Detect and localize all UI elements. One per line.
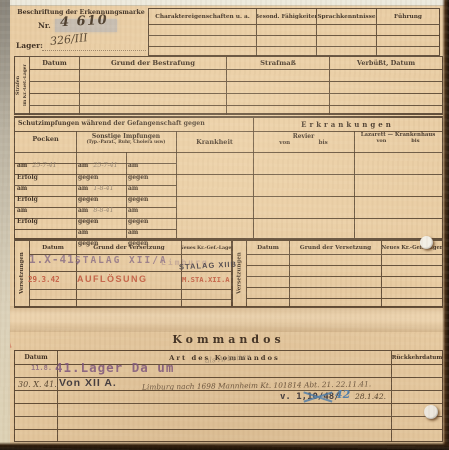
transfers-empty-row	[246, 298, 442, 307]
side-label-line: Strafen	[15, 57, 22, 113]
col-header: Grund der Bestrafung	[79, 57, 226, 69]
transfers-empty-row	[29, 299, 231, 307]
scan-edge-top	[0, 0, 449, 6]
traits-table: Charaktereigenschaften u. a. Besond. Fäh…	[148, 8, 440, 56]
col-header: Lazarett — Krankenhaus	[354, 132, 442, 138]
mstalag-xiia-stamp: M.STA.XII.A	[182, 275, 230, 284]
von-label: von	[279, 140, 290, 146]
traits-header-row: Charaktereigenschaften u. a. Besond. Fäh…	[149, 9, 439, 24]
stalag-xiia-stamp: STALAG XII/A	[75, 255, 168, 266]
id-box: Beschriftung der Erkennungsmarke Nr. 4 6…	[14, 8, 148, 54]
rule	[176, 196, 442, 197]
punishments-empty-row	[29, 69, 442, 81]
kommandos-row	[15, 416, 442, 429]
col-header-sonstige: Sonstige Impfungen (Typ.-Parat., Ruhr, C…	[76, 133, 176, 145]
vacc-row: am am	[15, 218, 176, 229]
transfers-header-row: Datum Grund der Versetzung Neues Kr.-Gef…	[246, 241, 442, 254]
dotted-rule	[42, 50, 146, 51]
nr-label: Nr.	[38, 21, 51, 30]
transfers-empty-row	[246, 254, 442, 265]
vacc-row: Erfolg gegen gegen	[15, 207, 176, 218]
col-header-revier: Revier von bis	[253, 133, 354, 146]
nr-value-handwritten: 4 610	[60, 13, 109, 31]
col-header: Datum	[15, 351, 57, 364]
kommandos-row	[15, 429, 442, 442]
col-header: Neues Kr.-Gef.-Lager	[181, 241, 231, 254]
vacc-row: am am 8-8-41 am	[15, 196, 176, 207]
punishments-empty-row	[29, 105, 442, 115]
transfers-grid: Datum Grund der Versetzung Neues Kr.-Gef…	[246, 241, 442, 306]
traits-header: Sprachkenntnisse	[316, 9, 376, 24]
traits-empty-row	[149, 24, 439, 35]
col-header: Strafmaß	[226, 57, 329, 69]
punishments-empty-row	[29, 81, 442, 93]
punishments-header-row: Datum Grund der Bestrafung Strafmaß Verb…	[29, 57, 442, 69]
vaccinations-illnesses-table: Schutzimpfungen während der Gefangenscha…	[14, 116, 443, 240]
kommando-stamp-date: 11.8.	[31, 364, 52, 372]
kommandos-row	[15, 403, 442, 416]
vacc-row: am am 1-8-41 am	[15, 174, 176, 185]
vacc-row: gegen gegen	[15, 229, 176, 240]
bis-label: bis	[411, 138, 419, 144]
von-xiia-stamp: Von XII A.	[59, 377, 117, 389]
red-pen-mark	[6, 337, 11, 348]
col-header-krankheit: Krankheit	[176, 138, 253, 146]
transfers-side-label: Versetzungen	[233, 241, 246, 306]
traits-header: Charaktereigenschaften u. a.	[149, 9, 256, 24]
vaccination-rows: am 25-7-41 am 25-7-41 am Erfolg gegen ge…	[15, 152, 176, 240]
col-header-lazarett: Lazarett — Krankenhaus von bis	[354, 132, 442, 144]
von-label: von	[376, 138, 386, 144]
fold-crease	[0, 306, 449, 332]
rule	[176, 131, 177, 238]
transfers-table-left: Versetzungen Datum Grund der Versetzung …	[14, 240, 232, 308]
aufloesung-stamp: AUFLÖSUNG	[77, 274, 148, 284]
bis-label: bis	[319, 140, 328, 146]
transfers-empty-row	[29, 289, 231, 299]
return-date-handwritten: 28.1.42.	[355, 392, 386, 401]
transfers-empty-row	[246, 265, 442, 276]
rule	[354, 131, 355, 238]
transfers-side-label: Versetzungen	[15, 241, 29, 306]
lager-value-handwritten: 326/III	[49, 31, 88, 48]
punishments-empty-row	[29, 93, 442, 105]
blue-handwritten-number: 42	[335, 388, 350, 401]
kommandos-table: Datum Art des Kommandos Rückkehrdatum 11…	[14, 350, 443, 442]
rule	[176, 218, 442, 219]
transfers-table-right: Versetzungen Datum Grund der Versetzung …	[232, 240, 443, 308]
vacc-row: am 25-7-41 am 25-7-41 am	[15, 152, 176, 163]
lager-label: Lager:	[16, 41, 43, 50]
vacc-row: Erfolg gegen gegen	[15, 185, 176, 196]
transfer-date-stamp-red: 29.3.42	[28, 275, 60, 284]
traits-header: Führung	[376, 9, 439, 24]
transfers-empty-row	[246, 287, 442, 298]
punishments-side-label: Strafen im Kr.-Gef.-Lager	[15, 57, 29, 113]
vaccinations-title: Schutzimpfungen während der Gefangenscha…	[18, 120, 205, 127]
col-header: Verbüßt, Datum	[329, 57, 442, 69]
von-bis-row: von bis	[354, 138, 442, 144]
scan-edge-right	[442, 0, 449, 450]
col-header: Datum	[29, 57, 79, 69]
hole-punch	[424, 405, 438, 419]
rule	[176, 174, 442, 175]
col-header: Rückkehrdatum	[391, 351, 442, 364]
von-bis-row: von bis	[253, 140, 354, 146]
traits-empty-row	[149, 35, 439, 46]
col-header: Grund der Versetzung	[289, 241, 381, 254]
col-header: Sonstige Impfungen	[76, 133, 176, 140]
side-label-line: im Kr.-Gef.-Lager	[22, 57, 29, 113]
kommando-date-handwritten: 30. X. 41.	[18, 380, 57, 389]
traits-header: Besond. Fähigkeiten	[256, 9, 316, 24]
transfers-empty-row	[246, 276, 442, 287]
scan-edge-left	[0, 0, 10, 450]
lager-datum-stamp: 41.Lager Da um	[55, 360, 174, 375]
col-header: Revier	[253, 133, 354, 140]
col-header: Grund der Versetzung	[76, 241, 181, 254]
punishments-grid: Datum Grund der Bestrafung Strafmaß Verb…	[29, 57, 442, 113]
kommandos-title: Kommandos	[14, 333, 443, 346]
vacc-row: Erfolg gegen gegen	[15, 163, 176, 174]
traits-empty-row	[149, 46, 439, 56]
col-header-pocken: Pocken	[15, 135, 76, 143]
punishments-table: Strafen im Kr.-Gef.-Lager Datum Grund de…	[14, 56, 443, 115]
pow-record-card-scan: Beschriftung der Erkennungsmarke Nr. 4 6…	[0, 0, 449, 450]
col-header: Datum	[246, 241, 289, 254]
hole-punch	[420, 236, 433, 249]
scan-edge-bottom	[0, 442, 449, 450]
col-subheader: (Typ.-Parat., Ruhr, Cholera usw)	[76, 140, 176, 145]
illnesses-title: Erkrankungen	[253, 120, 442, 129]
